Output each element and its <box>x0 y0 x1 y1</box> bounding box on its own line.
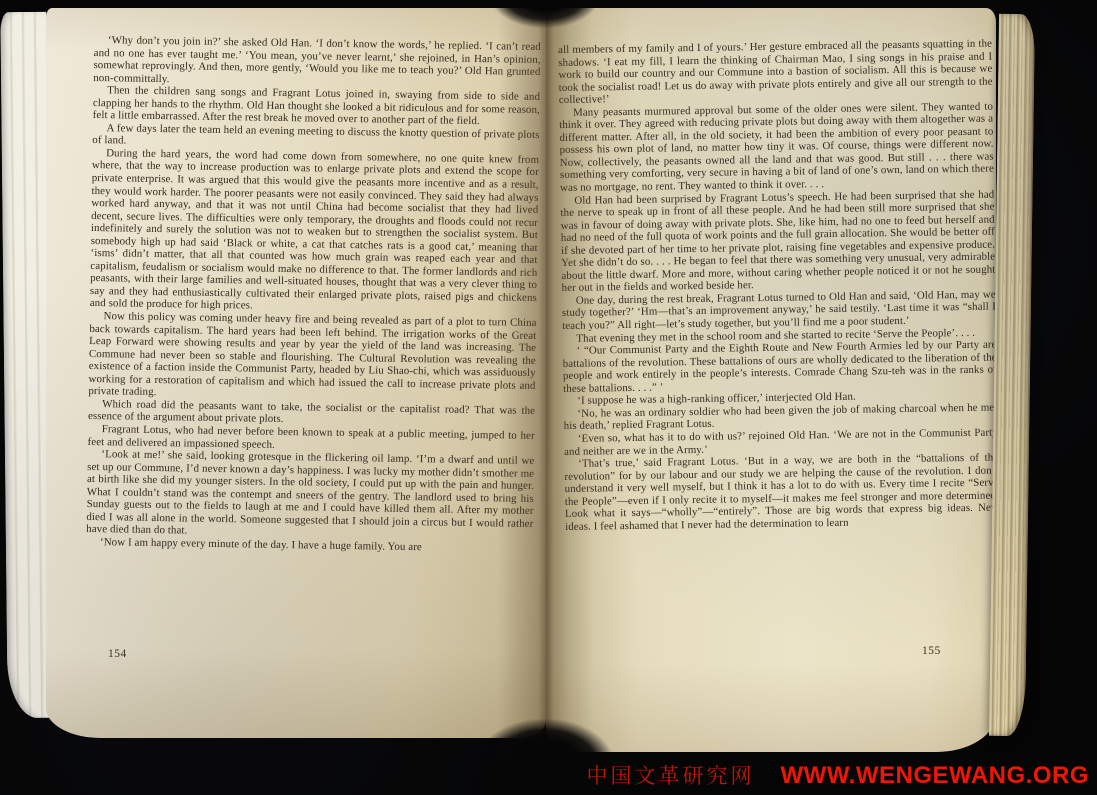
right-page-number: 155 <box>922 645 941 657</box>
paragraph: all members of my family and I of yours.… <box>558 38 993 107</box>
paragraph: One day, during the rest break, Fragrant… <box>562 288 997 332</box>
watermark-site-name: 中国文革研究网 <box>587 760 755 790</box>
paragraph: Now this policy was coming under heavy f… <box>88 310 536 405</box>
left-page-text: ‘Why don’t you join in?’ she asked Old H… <box>86 34 541 555</box>
paragraph: During the hard years, the word had come… <box>90 147 540 317</box>
left-page-number: 154 <box>108 648 127 660</box>
paragraph: Old Han had been surprised by Fragrant L… <box>560 188 995 295</box>
paragraph: ‘That’s true,’ said Fragrant Lotus. ‘But… <box>564 452 999 534</box>
paragraph: ‘Why don’t you join in?’ she asked Old H… <box>93 34 541 91</box>
paragraph: ‘ “Our Communist Party and the Eighth Ro… <box>562 339 997 396</box>
book-left-page: ‘Why don’t you join in?’ she asked Old H… <box>46 8 546 738</box>
watermark-site-url: WWW.WENGEWANG.ORG <box>781 762 1089 790</box>
watermark: 中国文革研究网 WWW.WENGEWANG.ORG <box>587 760 1089 790</box>
book-right-page: all members of my family and I of yours.… <box>546 8 996 752</box>
paragraph: Many peasants murmured approval but some… <box>559 100 994 194</box>
right-page-text: all members of my family and I of yours.… <box>558 38 999 534</box>
book-photo-canvas: ‘Why don’t you join in?’ she asked Old H… <box>0 0 1097 795</box>
paragraph: ‘Look at me!’ she said, looking grotesqu… <box>86 448 534 543</box>
